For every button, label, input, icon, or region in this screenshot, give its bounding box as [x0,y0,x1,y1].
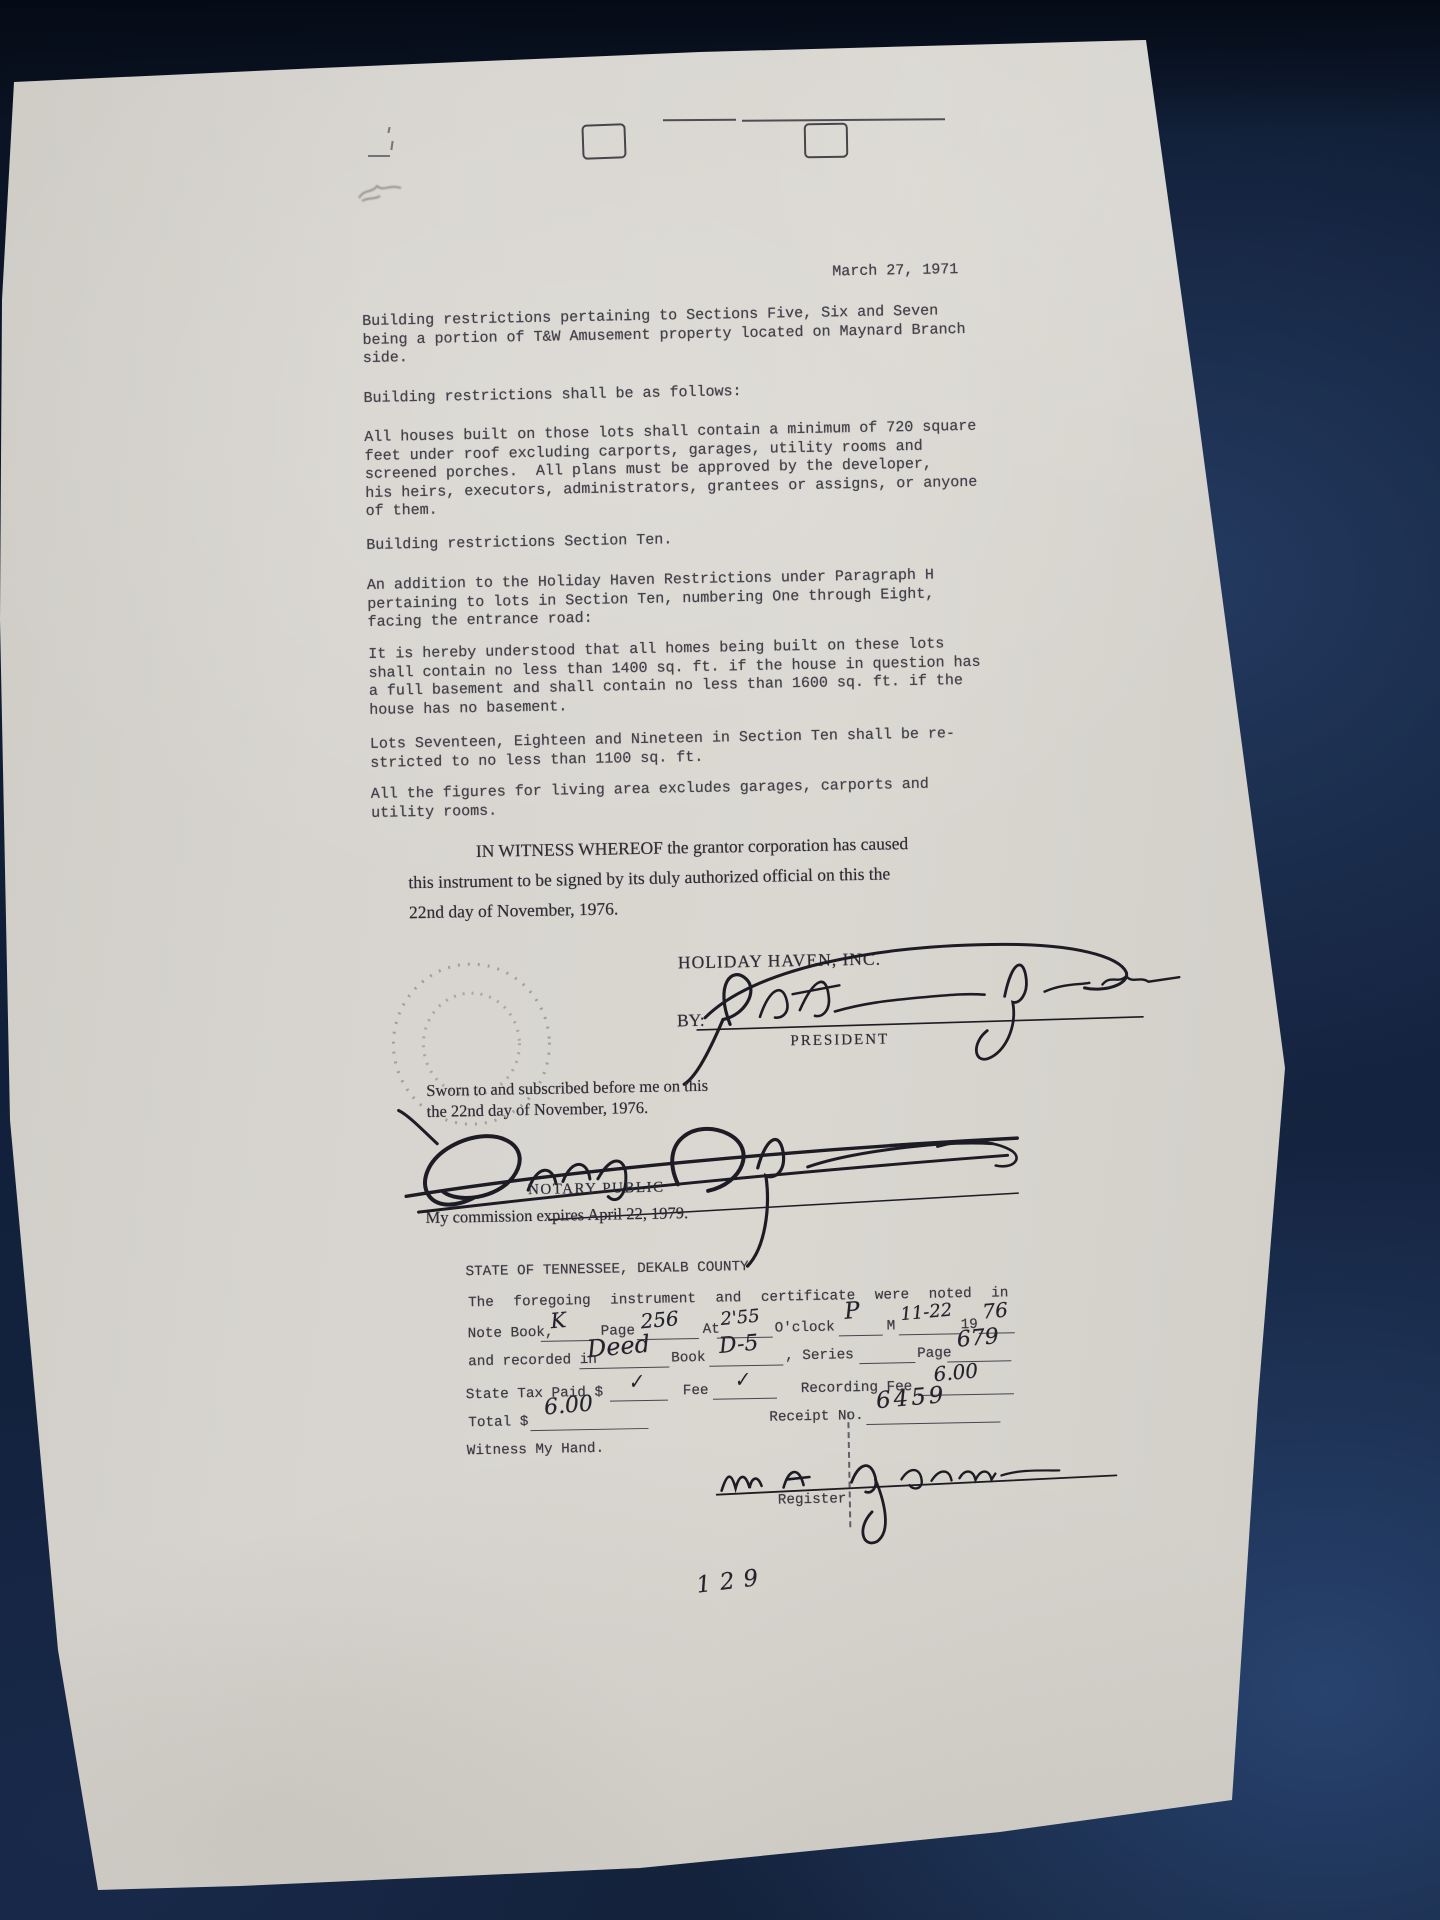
president-signature [674,931,1197,1091]
series-blank [859,1345,915,1364]
book-label: Book [671,1349,706,1368]
fee-label: Fee [683,1382,709,1400]
paragraph-lots-17-19: Lots Seventeen, Eighteen and Nineteen in… [370,725,956,773]
series-label: , Series [785,1346,854,1365]
book-entry: D-5 [718,1331,760,1359]
ink-speck [390,141,393,150]
fee-entry: ✓ [732,1368,752,1393]
register-label: Register [778,1490,847,1509]
page2-entry: 679 [956,1324,1000,1353]
state-tax-entry: ✓ [626,1370,646,1395]
sworn-line-1: Sworn to and subscribed before me on thi… [426,1076,708,1102]
photo-scene: March 27, 1971 Building restrictions per… [0,0,1440,1920]
register-signature [691,1435,1123,1555]
ink-speck [387,127,390,133]
paragraph-section-ten-heading: Building restrictions Section Ten. [366,531,672,555]
witness-my-hand: Witness My Hand. [467,1440,605,1461]
notary-title: NOTARY PUBLIC [528,1174,665,1205]
copy-mark-line-2 [742,118,945,122]
copy-mark-rectangle-2 [804,123,849,159]
paper-document: March 27, 1971 Building restrictions per… [0,0,1440,1920]
paragraph-intro: Building restrictions pertaining to Sect… [362,302,966,369]
witness-line-3: 22nd day of November, 1976. [409,894,619,927]
paragraph-720sq: All houses built on those lots shall con… [364,418,978,522]
m-label: M [886,1317,895,1335]
copy-mark-rectangle-1 [581,123,626,160]
paragraph-addition: An addition to the Holiday Haven Restric… [367,567,935,633]
receipt-label: Receipt No. [769,1407,864,1427]
recorded-label: and recorded in [468,1351,597,1371]
note-book-entry: K [549,1308,567,1333]
deed-entry: Deed [586,1330,651,1363]
paragraph-1400sq: It is hereby understood that all homes b… [368,635,981,721]
paragraph-living-area: All the figures for living area excludes… [371,776,930,823]
total-label: Total $ [468,1413,528,1432]
notary-signature [377,1093,1030,1285]
year-entry: 76 [981,1297,1008,1323]
meridiem-entry: P [843,1298,861,1325]
copy-mark-line-1 [663,119,736,122]
doc-date: March 27, 1971 [832,261,958,282]
president-title: PRESIDENT [790,1025,889,1056]
pencil-smudge [356,176,406,206]
time-entry: 2'55 [720,1306,761,1330]
typed-content: March 27, 1971 Building restrictions per… [362,294,1400,1872]
paragraph-follows: Building restrictions shall be as follow… [363,383,741,409]
ink-speck [368,155,390,157]
page-number-handwritten: 129 [695,1564,769,1599]
total-entry: 6.00 [543,1391,594,1420]
oclock-label: O'clock [775,1319,835,1338]
